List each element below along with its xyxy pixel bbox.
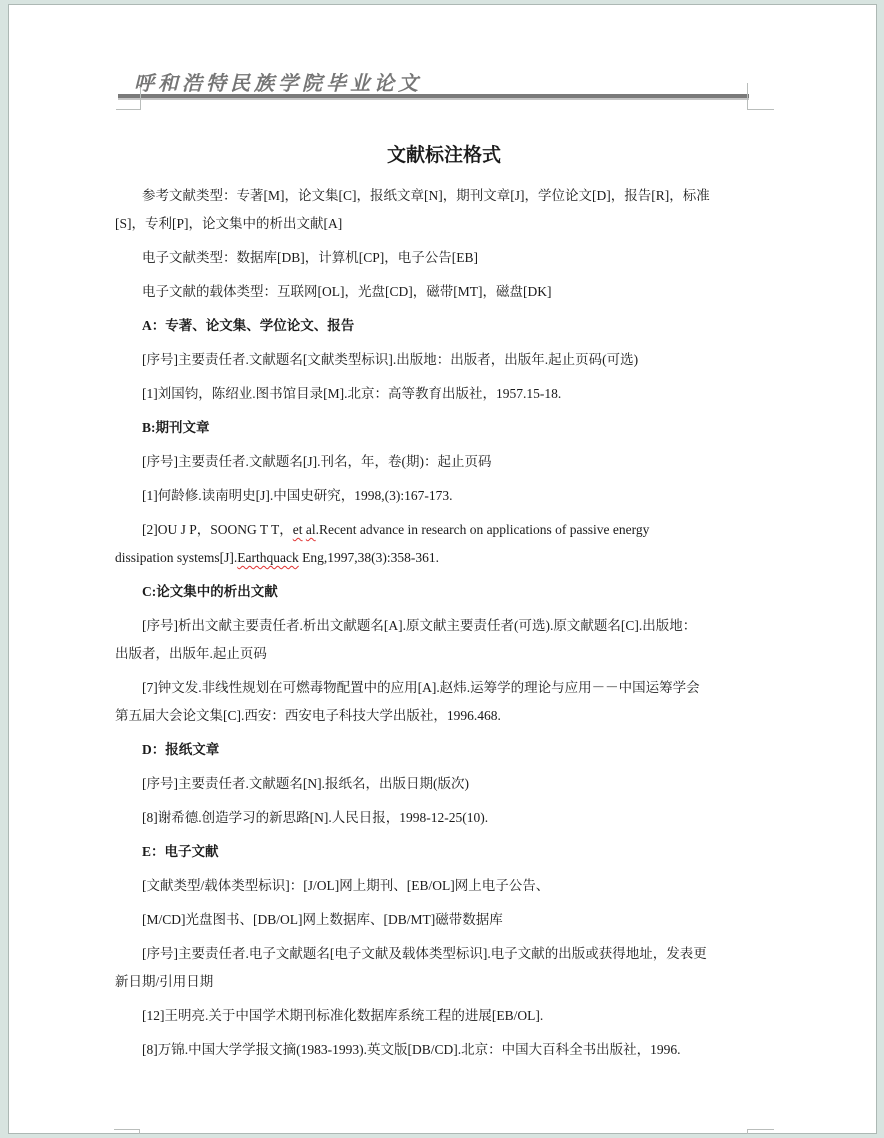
document-page[interactable]: 呼和浩特民族学院毕业论文 文献标注格式 参考文献类型：专著[M]，论文集[C]，… xyxy=(8,4,877,1134)
section-heading: D：报纸文章 xyxy=(115,736,773,764)
paragraph: [7]钟文发.非线性规划在可燃毒物配置中的应用[A].赵炜.运筹学的理论与应用－… xyxy=(115,674,773,730)
text-segment: [7]钟文发.非线性规划在可燃毒物配置中的应用[A].赵炜.运筹学的理论与应用－… xyxy=(142,680,700,695)
paragraph: 参考文献类型：专著[M]，论文集[C]，报纸文章[N]，期刊文章[J]，学位论文… xyxy=(115,182,773,238)
paragraph: [序号]主要责任者.文献题名[J].刊名，年，卷(期)：起止页码 xyxy=(115,448,773,476)
text-line: 第五届大会论文集[C].西安：西安电子科技大学出版社，1996.468. xyxy=(115,702,773,730)
text-segment: [1]刘国钧，陈绍业.图书馆目录[M].北京：高等教育出版社，1957.15-1… xyxy=(142,386,561,401)
text-segment: [序号]主要责任者.文献题名[N].报纸名，出版日期(版次) xyxy=(142,776,469,791)
paragraph: [1]何龄修.读南明史[J].中国史研究，1998,(3):167-173. xyxy=(115,482,773,510)
text-line: [序号]主要责任者.电子文献题名[电子文献及载体类型标识].电子文献的出版或获得… xyxy=(115,940,773,968)
margin-mark-top-right xyxy=(747,83,774,110)
text-line: [12]王明亮.关于中国学术期刊标准化数据库系统工程的进展[EB/OL]. xyxy=(115,1002,773,1030)
text-line: D：报纸文章 xyxy=(115,736,773,764)
text-line: [8]谢希德.创造学习的新思路[N].人民日报，1998-12-25(10). xyxy=(115,804,773,832)
paragraph: [序号]主要责任者.文献题名[文献类型标识].出版地：出版者，出版年.起止页码(… xyxy=(115,346,773,374)
text-segment: [8]万锦.中国大学学报文摘(1983-1993).英文版[DB/CD].北京：… xyxy=(142,1042,680,1057)
text-segment: 电子文献类型：数据库[DB]，计算机[CP]，电子公告[EB] xyxy=(142,250,478,265)
text-line: [序号]析出文献主要责任者.析出文献题名[A].原文献主要责任者(可选).原文献… xyxy=(115,612,773,640)
paragraph: [8]万锦.中国大学学报文摘(1983-1993).英文版[DB/CD].北京：… xyxy=(115,1036,773,1064)
text-line: [M/CD]光盘图书、[DB/OL]网上数据库、[DB/MT]磁带数据库 xyxy=(115,906,773,934)
text-line: 参考文献类型：专著[M]，论文集[C]，报纸文章[N]，期刊文章[J]，学位论文… xyxy=(115,182,773,210)
margin-mark-top-left xyxy=(116,87,141,110)
section-heading: C:论文集中的析出文献 xyxy=(115,578,773,606)
text-line: [序号]主要责任者.文献题名[文献类型标识].出版地：出版者，出版年.起止页码(… xyxy=(115,346,773,374)
text-segment: B:期刊文章 xyxy=(142,420,210,435)
text-segment: E：电子文献 xyxy=(142,844,219,859)
section-heading: B:期刊文章 xyxy=(115,414,773,442)
misspelled-word: et xyxy=(293,522,303,537)
document-viewport: { "theme": { "bg": "#d8e4e0", "paper": "… xyxy=(0,0,884,1138)
text-segment: [2]OU J P，SOONG T T， xyxy=(142,522,293,537)
text-line: dissipation systems[J].Earthquack Eng,19… xyxy=(115,544,773,572)
text-line: [1]刘国钧，陈绍业.图书馆目录[M].北京：高等教育出版社，1957.15-1… xyxy=(115,380,773,408)
text-line: [8]万锦.中国大学学报文摘(1983-1993).英文版[DB/CD].北京：… xyxy=(115,1036,773,1064)
margin-mark-bottom-left xyxy=(114,1129,140,1134)
text-segment: 新日期/引用日期 xyxy=(115,974,213,989)
misspelled-word: Earthquack xyxy=(237,550,298,565)
paragraph: 电子文献的载体类型：互联网[OL]，光盘[CD]，磁带[MT]，磁盘[DK] xyxy=(115,278,773,306)
text-line: [7]钟文发.非线性规划在可燃毒物配置中的应用[A].赵炜.运筹学的理论与应用－… xyxy=(115,674,773,702)
text-segment: [文献类型/载体类型标识]：[J/OL]网上期刊、[EB/OL]网上电子公告、 xyxy=(142,878,549,893)
header-title: 呼和浩特民族学院毕业论文 xyxy=(134,67,422,96)
header-rule xyxy=(118,94,749,100)
margin-mark-bottom-right xyxy=(747,1129,774,1134)
paragraph: [序号]主要责任者.电子文献题名[电子文献及载体类型标识].电子文献的出版或获得… xyxy=(115,940,773,996)
text-segment: .Recent advance in research on applicati… xyxy=(316,522,650,537)
paragraph: [1]刘国钧，陈绍业.图书馆目录[M].北京：高等教育出版社，1957.15-1… xyxy=(115,380,773,408)
text-line: C:论文集中的析出文献 xyxy=(115,578,773,606)
text-line: [序号]主要责任者.文献题名[N].报纸名，出版日期(版次) xyxy=(115,770,773,798)
text-line: 出版者，出版年.起止页码 xyxy=(115,640,773,668)
text-segment: [1]何龄修.读南明史[J].中国史研究，1998,(3):167-173. xyxy=(142,488,452,503)
text-line: 电子文献的载体类型：互联网[OL]，光盘[CD]，磁带[MT]，磁盘[DK] xyxy=(115,278,773,306)
text-segment: [M/CD]光盘图书、[DB/OL]网上数据库、[DB/MT]磁带数据库 xyxy=(142,912,503,927)
text-segment: [序号]主要责任者.文献题名[文献类型标识].出版地：出版者，出版年.起止页码(… xyxy=(142,352,638,367)
section-heading: A：专著、论文集、学位论文、报告 xyxy=(115,312,773,340)
paragraph: [8]谢希德.创造学习的新思路[N].人民日报，1998-12-25(10). xyxy=(115,804,773,832)
paragraph: [序号]析出文献主要责任者.析出文献题名[A].原文献主要责任者(可选).原文献… xyxy=(115,612,773,668)
text-line: 电子文献类型：数据库[DB]，计算机[CP]，电子公告[EB] xyxy=(115,244,773,272)
text-line: A：专著、论文集、学位论文、报告 xyxy=(115,312,773,340)
text-line: 新日期/引用日期 xyxy=(115,968,773,996)
paragraph: [12]王明亮.关于中国学术期刊标准化数据库系统工程的进展[EB/OL]. xyxy=(115,1002,773,1030)
document-title: 文献标注格式 xyxy=(115,144,773,168)
paragraph: [2]OU J P，SOONG T T，et al.Recent advance… xyxy=(115,516,773,572)
text-segment: [序号]析出文献主要责任者.析出文献题名[A].原文献主要责任者(可选).原文献… xyxy=(142,618,696,633)
text-segment: 电子文献的载体类型：互联网[OL]，光盘[CD]，磁带[MT]，磁盘[DK] xyxy=(142,284,551,299)
text-line: [1]何龄修.读南明史[J].中国史研究，1998,(3):167-173. xyxy=(115,482,773,510)
text-segment: [序号]主要责任者.电子文献题名[电子文献及载体类型标识].电子文献的出版或获得… xyxy=(142,946,707,961)
text-segment: [12]王明亮.关于中国学术期刊标准化数据库系统工程的进展[EB/OL]. xyxy=(142,1008,543,1023)
text-line: E：电子文献 xyxy=(115,838,773,866)
text-line: [序号]主要责任者.文献题名[J].刊名，年，卷(期)：起止页码 xyxy=(115,448,773,476)
paragraph: [文献类型/载体类型标识]：[J/OL]网上期刊、[EB/OL]网上电子公告、 xyxy=(115,872,773,900)
text-segment: A：专著、论文集、学位论文、报告 xyxy=(142,318,354,333)
text-line: [S]，专利[P]，论文集中的析出文献[A] xyxy=(115,210,773,238)
text-segment: [序号]主要责任者.文献题名[J].刊名，年，卷(期)：起止页码 xyxy=(142,454,491,469)
text-segment: 第五届大会论文集[C].西安：西安电子科技大学出版社，1996.468. xyxy=(115,708,501,723)
text-segment: 出版者，出版年.起止页码 xyxy=(115,646,267,661)
paragraph: [序号]主要责任者.文献题名[N].报纸名，出版日期(版次) xyxy=(115,770,773,798)
text-segment: C:论文集中的析出文献 xyxy=(142,584,278,599)
section-heading: E：电子文献 xyxy=(115,838,773,866)
text-segment: Eng,1997,38(3):358-361. xyxy=(299,550,439,565)
misspelled-word: al xyxy=(306,522,316,537)
paragraph: [M/CD]光盘图书、[DB/OL]网上数据库、[DB/MT]磁带数据库 xyxy=(115,906,773,934)
text-segment: [S]，专利[P]，论文集中的析出文献[A] xyxy=(115,216,342,231)
text-segment: dissipation systems[J]. xyxy=(115,550,237,565)
text-line: [文献类型/载体类型标识]：[J/OL]网上期刊、[EB/OL]网上电子公告、 xyxy=(115,872,773,900)
text-line: B:期刊文章 xyxy=(115,414,773,442)
text-segment: [8]谢希德.创造学习的新思路[N].人民日报，1998-12-25(10). xyxy=(142,810,488,825)
text-line: [2]OU J P，SOONG T T，et al.Recent advance… xyxy=(115,516,773,544)
document-content[interactable]: 参考文献类型：专著[M]，论文集[C]，报纸文章[N]，期刊文章[J]，学位论文… xyxy=(115,182,773,1064)
text-segment: D：报纸文章 xyxy=(142,742,219,757)
text-segment: 参考文献类型：专著[M]，论文集[C]，报纸文章[N]，期刊文章[J]，学位论文… xyxy=(142,188,710,203)
paragraph: 电子文献类型：数据库[DB]，计算机[CP]，电子公告[EB] xyxy=(115,244,773,272)
